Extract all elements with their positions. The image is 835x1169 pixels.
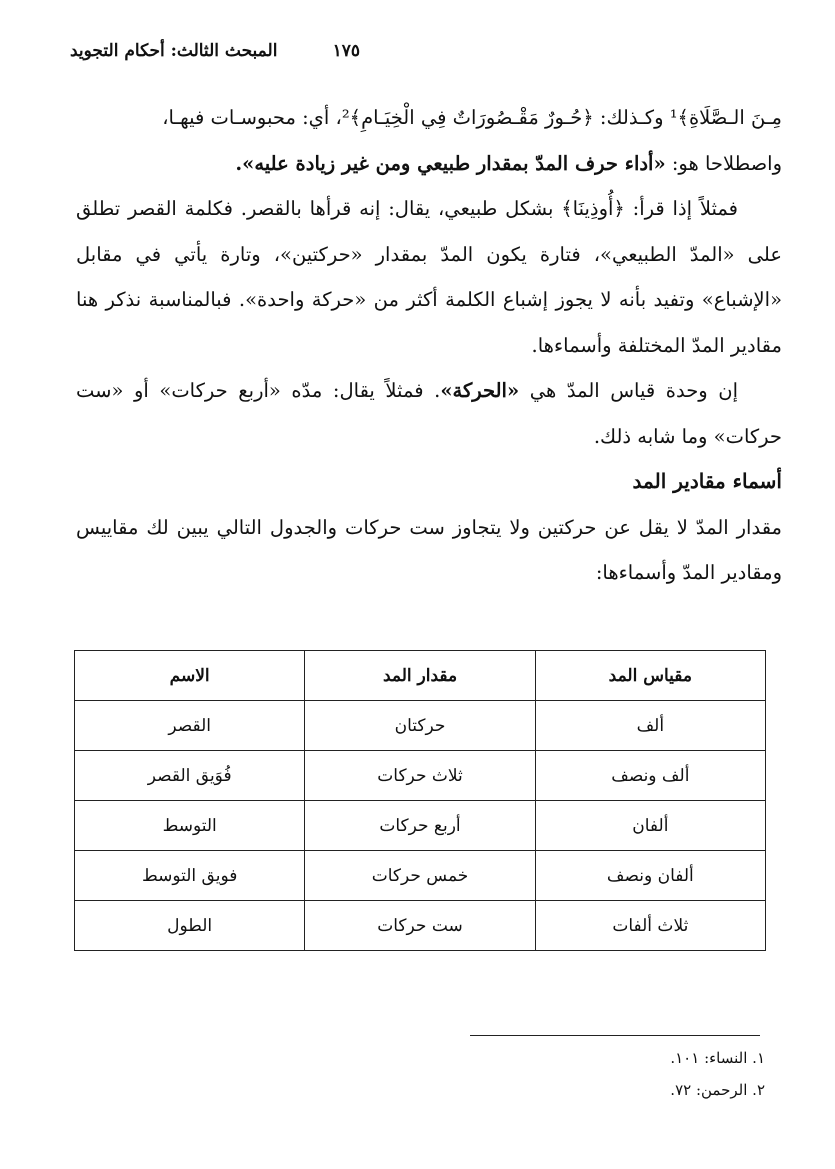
paragraph-3: فمثلاً إذا قرأ: ﴿أُوذِينَا﴾ بشكل طبيعي، … xyxy=(76,186,782,368)
paragraph-4: إن وحدة قياس المدّ هي «الحركة». فمثلاً ي… xyxy=(76,368,782,459)
section-heading: أسماء مقادير المد xyxy=(76,459,782,505)
cell-name: فُوَيق القصر xyxy=(75,751,305,801)
table-intro: مقدار المدّ لا يقل عن حركتين ولا يتجاوز … xyxy=(76,505,782,596)
footnote-divider xyxy=(470,1035,760,1036)
unit-term: «الحركة» xyxy=(440,379,519,402)
footnote-1: ١. النساء: ١٠١. xyxy=(470,1042,765,1074)
table-row: ألفان ونصف خمس حركات فويق التوسط xyxy=(75,851,766,901)
cell-measure: ألفان ونصف xyxy=(535,851,765,901)
paragraph-2: واصطلاحا هو: «أداء حرف المدّ بمقدار طبيع… xyxy=(76,141,782,187)
table-row: ألف حركتان القصر xyxy=(75,701,766,751)
madd-measures-table: مقياس المد مقدار المد الاسم ألف حركتان ا… xyxy=(74,650,766,951)
paragraph-1: مِـنَ الـصَّلَاةِ﴾¹ وكـذلك: ﴿حُـورٌ مَقْ… xyxy=(76,95,782,141)
cell-amount: ست حركات xyxy=(305,901,535,951)
footnotes: ١. النساء: ١٠١. ٢. الرحمن: ٧٢. xyxy=(470,1042,765,1106)
cell-name: القصر xyxy=(75,701,305,751)
madd-table-container: مقياس المد مقدار المد الاسم ألف حركتان ا… xyxy=(74,650,766,951)
paragraph-4-prefix: إن وحدة قياس المدّ هي xyxy=(519,379,738,402)
header-measure: مقياس المد xyxy=(535,651,765,701)
body-text: مِـنَ الـصَّلَاةِ﴾¹ وكـذلك: ﴿حُـورٌ مَقْ… xyxy=(76,95,782,596)
cell-measure: ثلاث ألفات xyxy=(535,901,765,951)
cell-name: الطول xyxy=(75,901,305,951)
paragraph-2-prefix: واصطلاحا هو: xyxy=(666,152,782,175)
cell-amount: حركتان xyxy=(305,701,535,751)
table-row: ثلاث ألفات ست حركات الطول xyxy=(75,901,766,951)
table-row: ألف ونصف ثلاث حركات فُوَيق القصر xyxy=(75,751,766,801)
cell-amount: خمس حركات xyxy=(305,851,535,901)
cell-name: فويق التوسط xyxy=(75,851,305,901)
page-number: ١٧٥ xyxy=(333,41,360,61)
cell-measure: ألف ونصف xyxy=(535,751,765,801)
cell-name: التوسط xyxy=(75,801,305,851)
table-row: ألفان أربع حركات التوسط xyxy=(75,801,766,851)
chapter-title: المبحث الثالث: أحكام التجويد xyxy=(70,41,277,61)
header-name: الاسم xyxy=(75,651,305,701)
cell-measure: ألفان xyxy=(535,801,765,851)
cell-measure: ألف xyxy=(535,701,765,751)
table-header-row: مقياس المد مقدار المد الاسم xyxy=(75,651,766,701)
running-header: المبحث الثالث: أحكام التجويد ١٧٥ xyxy=(70,36,360,66)
footnote-2: ٢. الرحمن: ٧٢. xyxy=(470,1074,765,1106)
definition-quote: «أداء حرف المدّ بمقدار طبيعي ومن غير زيا… xyxy=(235,152,665,175)
cell-amount: أربع حركات xyxy=(305,801,535,851)
document-page: المبحث الثالث: أحكام التجويد ١٧٥ مِـنَ ا… xyxy=(0,0,835,1169)
cell-amount: ثلاث حركات xyxy=(305,751,535,801)
header-amount: مقدار المد xyxy=(305,651,535,701)
